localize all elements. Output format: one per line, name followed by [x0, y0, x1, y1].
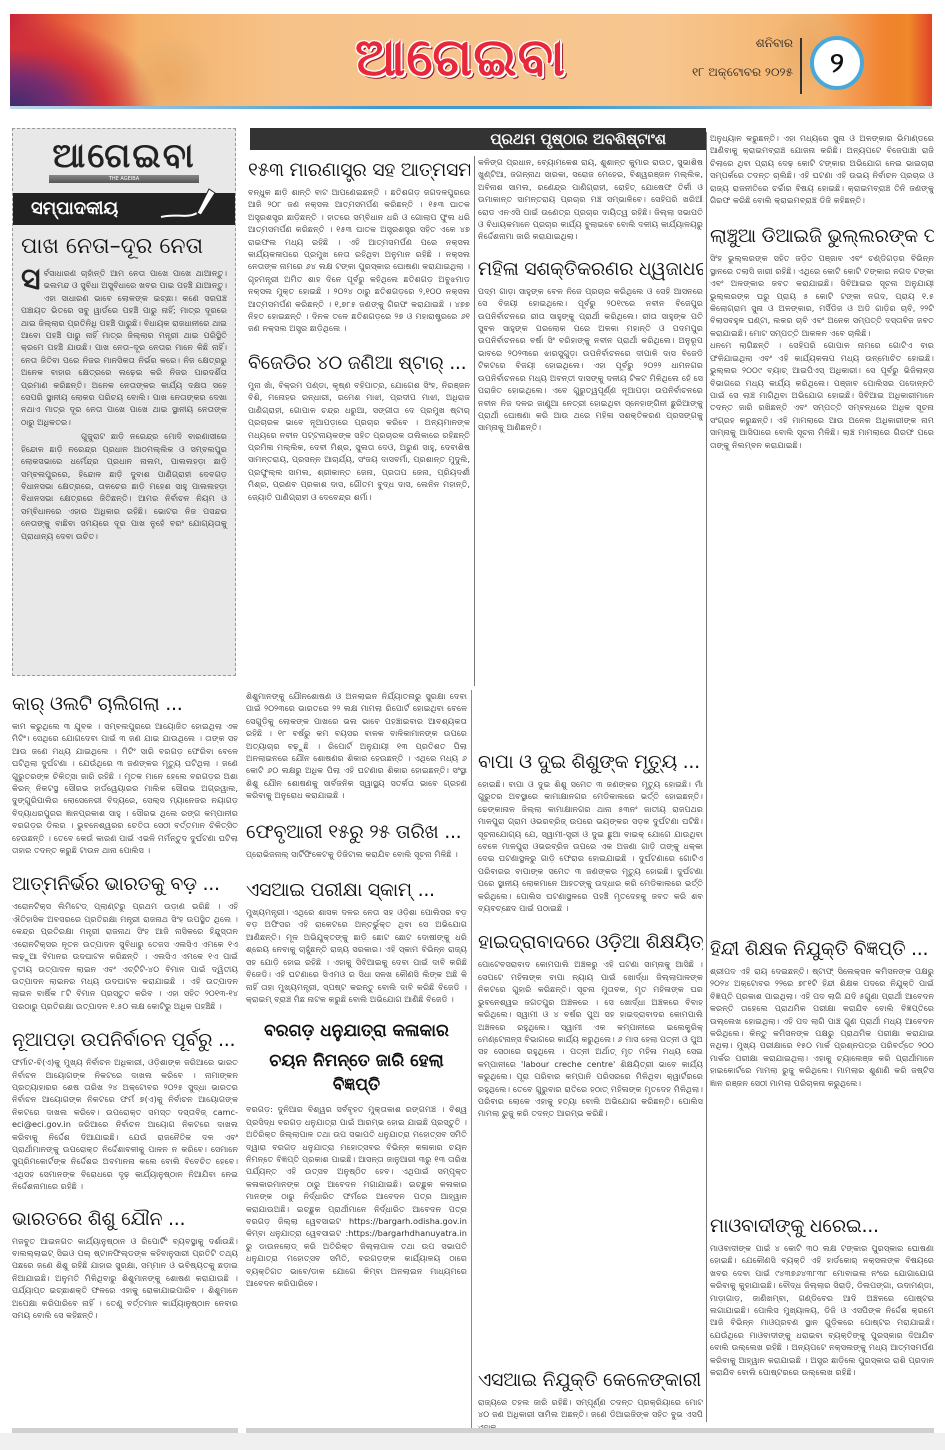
decorative-wave [872, 14, 932, 109]
article-body: ଶିଶୁମାନଙ୍କୁ ଯୌନଶୋଷଣ ଓ ଅନଲାଇନ ନିର୍ଯ୍ୟାତନା… [246, 690, 467, 802]
editorial-title: ପାଖ ନେତା–ଦୂର ନେତା [21, 233, 227, 261]
editorial-body: ସ ର୍ବସାଧାରଣ ଚାହାଁନ୍ତି ଆମ ନେତା ପାଖେ ପାଖେ … [21, 267, 227, 428]
article-body: ଫର୍ମାଟ-ବି(ଏ)କୁ ମୁଖ୍ୟ ନିର୍ବାଚନ ଅଧିକାରୀ, ଓ… [12, 1056, 238, 1192]
article-body: ପ୍ରୋଭିଜନାଲ୍ ସାର୍ଟିଫିକେଟକୁ ଡିଜିଟାଲ କରାଯିବ… [246, 848, 467, 860]
headline-atmanirbhar[interactable]: ଆତ୍ମନିର୍ଭର ଭାରତକୁ ବଡ଼ ... [12, 872, 238, 896]
headline-maoists[interactable]: ମାଓବାଦୀଙ୍କୁ ଧରେଇ... [710, 1214, 934, 1238]
editorial-box: ଆଗେଇବା THE AGEIBA ସମ୍ପାଦକୀୟ ପାଖ ନେତା–ଦୂର… [12, 128, 236, 676]
article-body: ଶ୍ରୀପଦ ଏହି ରାୟ ଦେଇଛନ୍ତି। ଷ୍ଟାଫ୍ ସିଲେକ୍ସନ… [710, 965, 934, 1089]
drop-cap: ସ [21, 267, 41, 293]
decorative-mandala [125, 34, 215, 109]
headline-car-overturn[interactable]: କାର୍ ଓଲଟି ଚାଲିଗଲା ... [12, 692, 238, 716]
issue-date: ୧୮ ଅକ୍ଟୋବର ୨୦୨୫ [665, 65, 793, 80]
newspaper-logo[interactable]: ଆଗେଇବା [355, 28, 566, 89]
headline-hyderabad-teacher[interactable]: ହାଇଦ୍ରାବାଦରେ ଓଡ଼ିଆ ଶିକ୍ଷୟିତ୍ରୀଙ୍କୁ ... [478, 930, 703, 954]
article-body: ପୋଟେବସରାବାଦ କୋମପାଲି ଅଞ୍ଚଳରୁ ଏହି ଘଟଣା ସାମ… [478, 958, 703, 1119]
url-link[interactable]: :https://bargarhdhanuyatra.in [346, 1228, 467, 1238]
article-body: କଳିଙ୍ଗ ପ୍ରଧାନ, ବ୍ୟୋମକେଶ ରାୟ, ଶୁଶାନ୍ତ କୁମ… [478, 156, 703, 243]
article-body: ମାଓବାଦୀଙ୍କ ପାଇଁ ୪ କୋଟି ୩୦ ଲକ୍ଷ ଟଙ୍କାର ପୁ… [710, 1242, 934, 1378]
column-divider [706, 132, 707, 1422]
article-women-empowerment: କଳିଙ୍ଗ ପ୍ରଧାନ, ବ୍ୟୋମକେଶ ରାୟ, ଶୁଶାନ୍ତ କୁମ… [478, 156, 703, 686]
editorial-banner: ସମ୍ପାଦକୀୟ [13, 193, 235, 225]
article-maoists: ମାଓବାଦୀଙ୍କୁ ଧରେଇ... ମାଓବାଦୀଙ୍କ ପାଇଁ ୪ କୋ… [710, 1212, 934, 1428]
headline-father-children[interactable]: ବାପା ଓ ଦୁଇ ଶିଶୁଙ୍କ ମୃତ୍ୟୁ ... [478, 750, 703, 774]
editorial-body-2: ଗୁଜୁରାଟ ଛାଡ଼ି ନରେନ୍ଦ୍ର ମୋଦି ବାରଣାସୀରେ ହି… [21, 430, 227, 542]
headline-nuapada-by-election[interactable]: ନୂଆପଡ଼ା ଉପନିର୍ବାଚନ ପୂର୍ବରୁ ... [12, 1028, 238, 1052]
headline-february[interactable]: ଫେବୃଆରୀ ୧୫ରୁ ୨୫ ତାରିଖ ... [246, 820, 467, 844]
headline-bargarh-line1[interactable]: ବରଗଡ଼ ଧନୁଯାତ୍ରା କଳାକାର [246, 1019, 467, 1043]
article-body: ରାଜ୍ୟରେ ତହଲ ଜାରି ରହିଛି। ସମ୍ପୂର୍ଣ୍ଣ ତଦନ୍ତ… [478, 1396, 703, 1428]
headline-bargarh-line2[interactable]: ଚୟନ ନିମନ୍ତେ ଜାରି ହେଲା ବିଜ୍ଞପ୍ତି [246, 1049, 467, 1097]
article-dig-bhullar: ଅନୁଧ୍ୟାନ କରୁଛନ୍ତି। ଏହା ମଧ୍ୟରେ ସୁନା ଓ ଅଳଙ… [710, 132, 934, 692]
masthead-underline [10, 106, 932, 109]
masthead-banner: ଆଗେଇବା ଶନିବାର ୧୮ ଅକ୍ଟୋବର ୨୦୨୫ ୨ [10, 14, 932, 109]
article-body: ମୁଖ୍ୟମନ୍ତ୍ରୀ। ଏଥିରେ ଶାସକ ଦଳର ନେତା ସହ ଓଡ଼… [246, 906, 467, 1005]
article-body: ବରଗଡ଼: ଦୁନିଆର ବିଶ୍ୱର ସର୍ବବୃହତ ମୁକ୍ତାକାଶ … [246, 1103, 467, 1289]
weekday: ଶନିବାର [665, 36, 793, 51]
middle-column-lower: ଶିଶୁମାନଙ୍କୁ ଯୌନଶୋଷଣ ଓ ଅନଲାଇନ ନିର୍ଯ୍ୟାତନା… [246, 690, 472, 1428]
editorial-logo-subtitle: THE AGEIBA [49, 175, 199, 183]
article-body: ବନ୍ଧୁକ ଛାଡ଼ି ଶାନ୍ତି ବାଟ ଆପଣେଇଛନ୍ତି । ଛତି… [248, 186, 470, 335]
masthead-divider [800, 38, 802, 94]
page-footer [0, 1433, 945, 1450]
headline-hindi-teacher[interactable]: ହିନ୍ଦୀ ଶିକ୍ଷକ ନିଯୁକ୍ତି ବିଜ୍ଞପ୍ତି ... [710, 937, 934, 961]
article-si-recruitment: ଏସଆଇ ନିଯୁକ୍ତି କେଳେଙ୍କାରୀ ... ରାଜ୍ୟରେ ତହଲ… [478, 1366, 703, 1428]
left-column-lower: କାର୍ ଓଲଟି ଚାଲିଗଲା ... କାମ କରୁଥିଲେ ୩ ଯୁବକ… [12, 690, 238, 1430]
article-body: ଅନୁଧ୍ୟାନ କରୁଛନ୍ତି। ଏହା ମଧ୍ୟରେ ସୁନା ଓ ଅଳଙ… [710, 132, 934, 206]
article-body: ମୁନା ଖାଁ, ବିକ୍ରମ ପଣ୍ଡା, କୃଷ୍ଣ ବହିପାତ୍ର, … [248, 379, 470, 503]
article-body: ମଜବୁତ ଆଇନଗତ କାର୍ଯ୍ୟାନୁଷ୍ଠାନ ଓ ରିପୋର୍ଟିଂ … [12, 1235, 238, 1322]
pen-nib-icon [157, 183, 217, 231]
article-body: ଧନମେ ଲାଗିଛନ୍ତି । ସେହିପରି ଗୋପାଳ ନାମରେ ଗୋଟ… [710, 339, 934, 451]
headline-si-scam[interactable]: ଏସଆଇ ପରୀକ୍ଷା ସ୍କାମ୍ ... [246, 878, 467, 902]
article-body: ଏରୋନଟିକ୍ସ ଲିମିଟେଡ୍ ପ୍ଲାଣ୍ଟରୁ ପ୍ରଥମ ଉଡ଼ାଣ… [12, 900, 238, 1012]
headline-surrender[interactable]: ୧୫୩ ମାରଣାସ୍ତ୍ର ସହ ଆତ୍ମସମର୍ପଣ ... [248, 158, 470, 182]
column-divider [474, 156, 475, 686]
article-body: ହୋଇଛି। ବାପା ଓ ଦୁଇ ଶିଶୁ ସମେତ ୩ ଜଣଙ୍କର ମୃତ… [478, 778, 703, 914]
bargarh-headline-block: ବରଗଡ଼ ଧନୁଯାତ୍ରା କଳାକାର ଚୟନ ନିମନ୍ତେ ଜାରି … [246, 1019, 467, 1097]
editorial-logo: ଆଗେଇବା [21, 137, 227, 175]
headline-si-recruitment[interactable]: ଏସଆଇ ନିଯୁକ୍ତି କେଳେଙ୍କାରୀ ... [478, 1368, 703, 1392]
headline-child-abuse[interactable]: ଭାରତରେ ଶିଶୁ ଯୌନ ... [12, 1207, 238, 1231]
page-number-badge: ୨ [810, 36, 864, 90]
article-surrender: ୧୫୩ ମାରଣାସ୍ତ୍ର ସହ ଆତ୍ମସମର୍ପଣ ... ବନ୍ଧୁକ … [248, 156, 470, 686]
url-link[interactable]: https://bargarh.odisha.gov.in [349, 1216, 467, 1226]
section-banner: ପ୍ରଥମ ପୃଷ୍ଠାର ଅବଶିଷ୍ଟାଂଶ [250, 128, 706, 150]
article-body: ପଦ୍ମ ଗାଡ଼ା ସାହୁଙ୍କ ବେଳ ନିଜେ ପ୍ରଚାର କରିଥି… [478, 285, 703, 434]
date-block: ଶନିବାର ୧୮ ଅକ୍ଟୋବର ୨୦୨୫ [665, 34, 793, 80]
column-3-lower: ବାପା ଓ ଦୁଇ ଶିଶୁଙ୍କ ମୃତ୍ୟୁ ... ହୋଇଛି। ବାପ… [478, 748, 703, 1428]
editorial-banner-label: ସମ୍ପାଦକୀୟ [31, 198, 118, 219]
article-hindi-teacher: ହିନ୍ଦୀ ଶିକ୍ଷକ ନିଯୁକ୍ତି ବିଜ୍ଞପ୍ତି ... ଶ୍ର… [710, 935, 934, 1167]
article-body: କାମ କରୁଥିଲେ ୩ ଯୁବକ । ସମ୍ବଲପୁରରେ ଆୟୋଜିତ ହ… [12, 720, 238, 856]
headline-dig-bhullar[interactable]: ଲାଞ୍ଚୁଆ ଡିଆଇଜି ଭୁଲ୍ଲରଙ୍କ ପାଖରେ ... [710, 224, 934, 248]
headline-women-empowerment[interactable]: ମହିଳା ସଶକ୍ତିକରଣର ଧ୍ୱଜାଧର ... [478, 257, 703, 281]
headline-bjd-stars[interactable]: ବିଜେଡିର ୪୦ ଜଣିଆ ଷ୍ଟାର୍ ... [248, 351, 470, 375]
article-body: ସିଂହ ଭୁଲ୍ଲରଙ୍କ ସହିତ ଜଡ଼ିତ ପଞ୍ଜାବ ଏବଂ ଚଣ୍… [710, 252, 934, 339]
